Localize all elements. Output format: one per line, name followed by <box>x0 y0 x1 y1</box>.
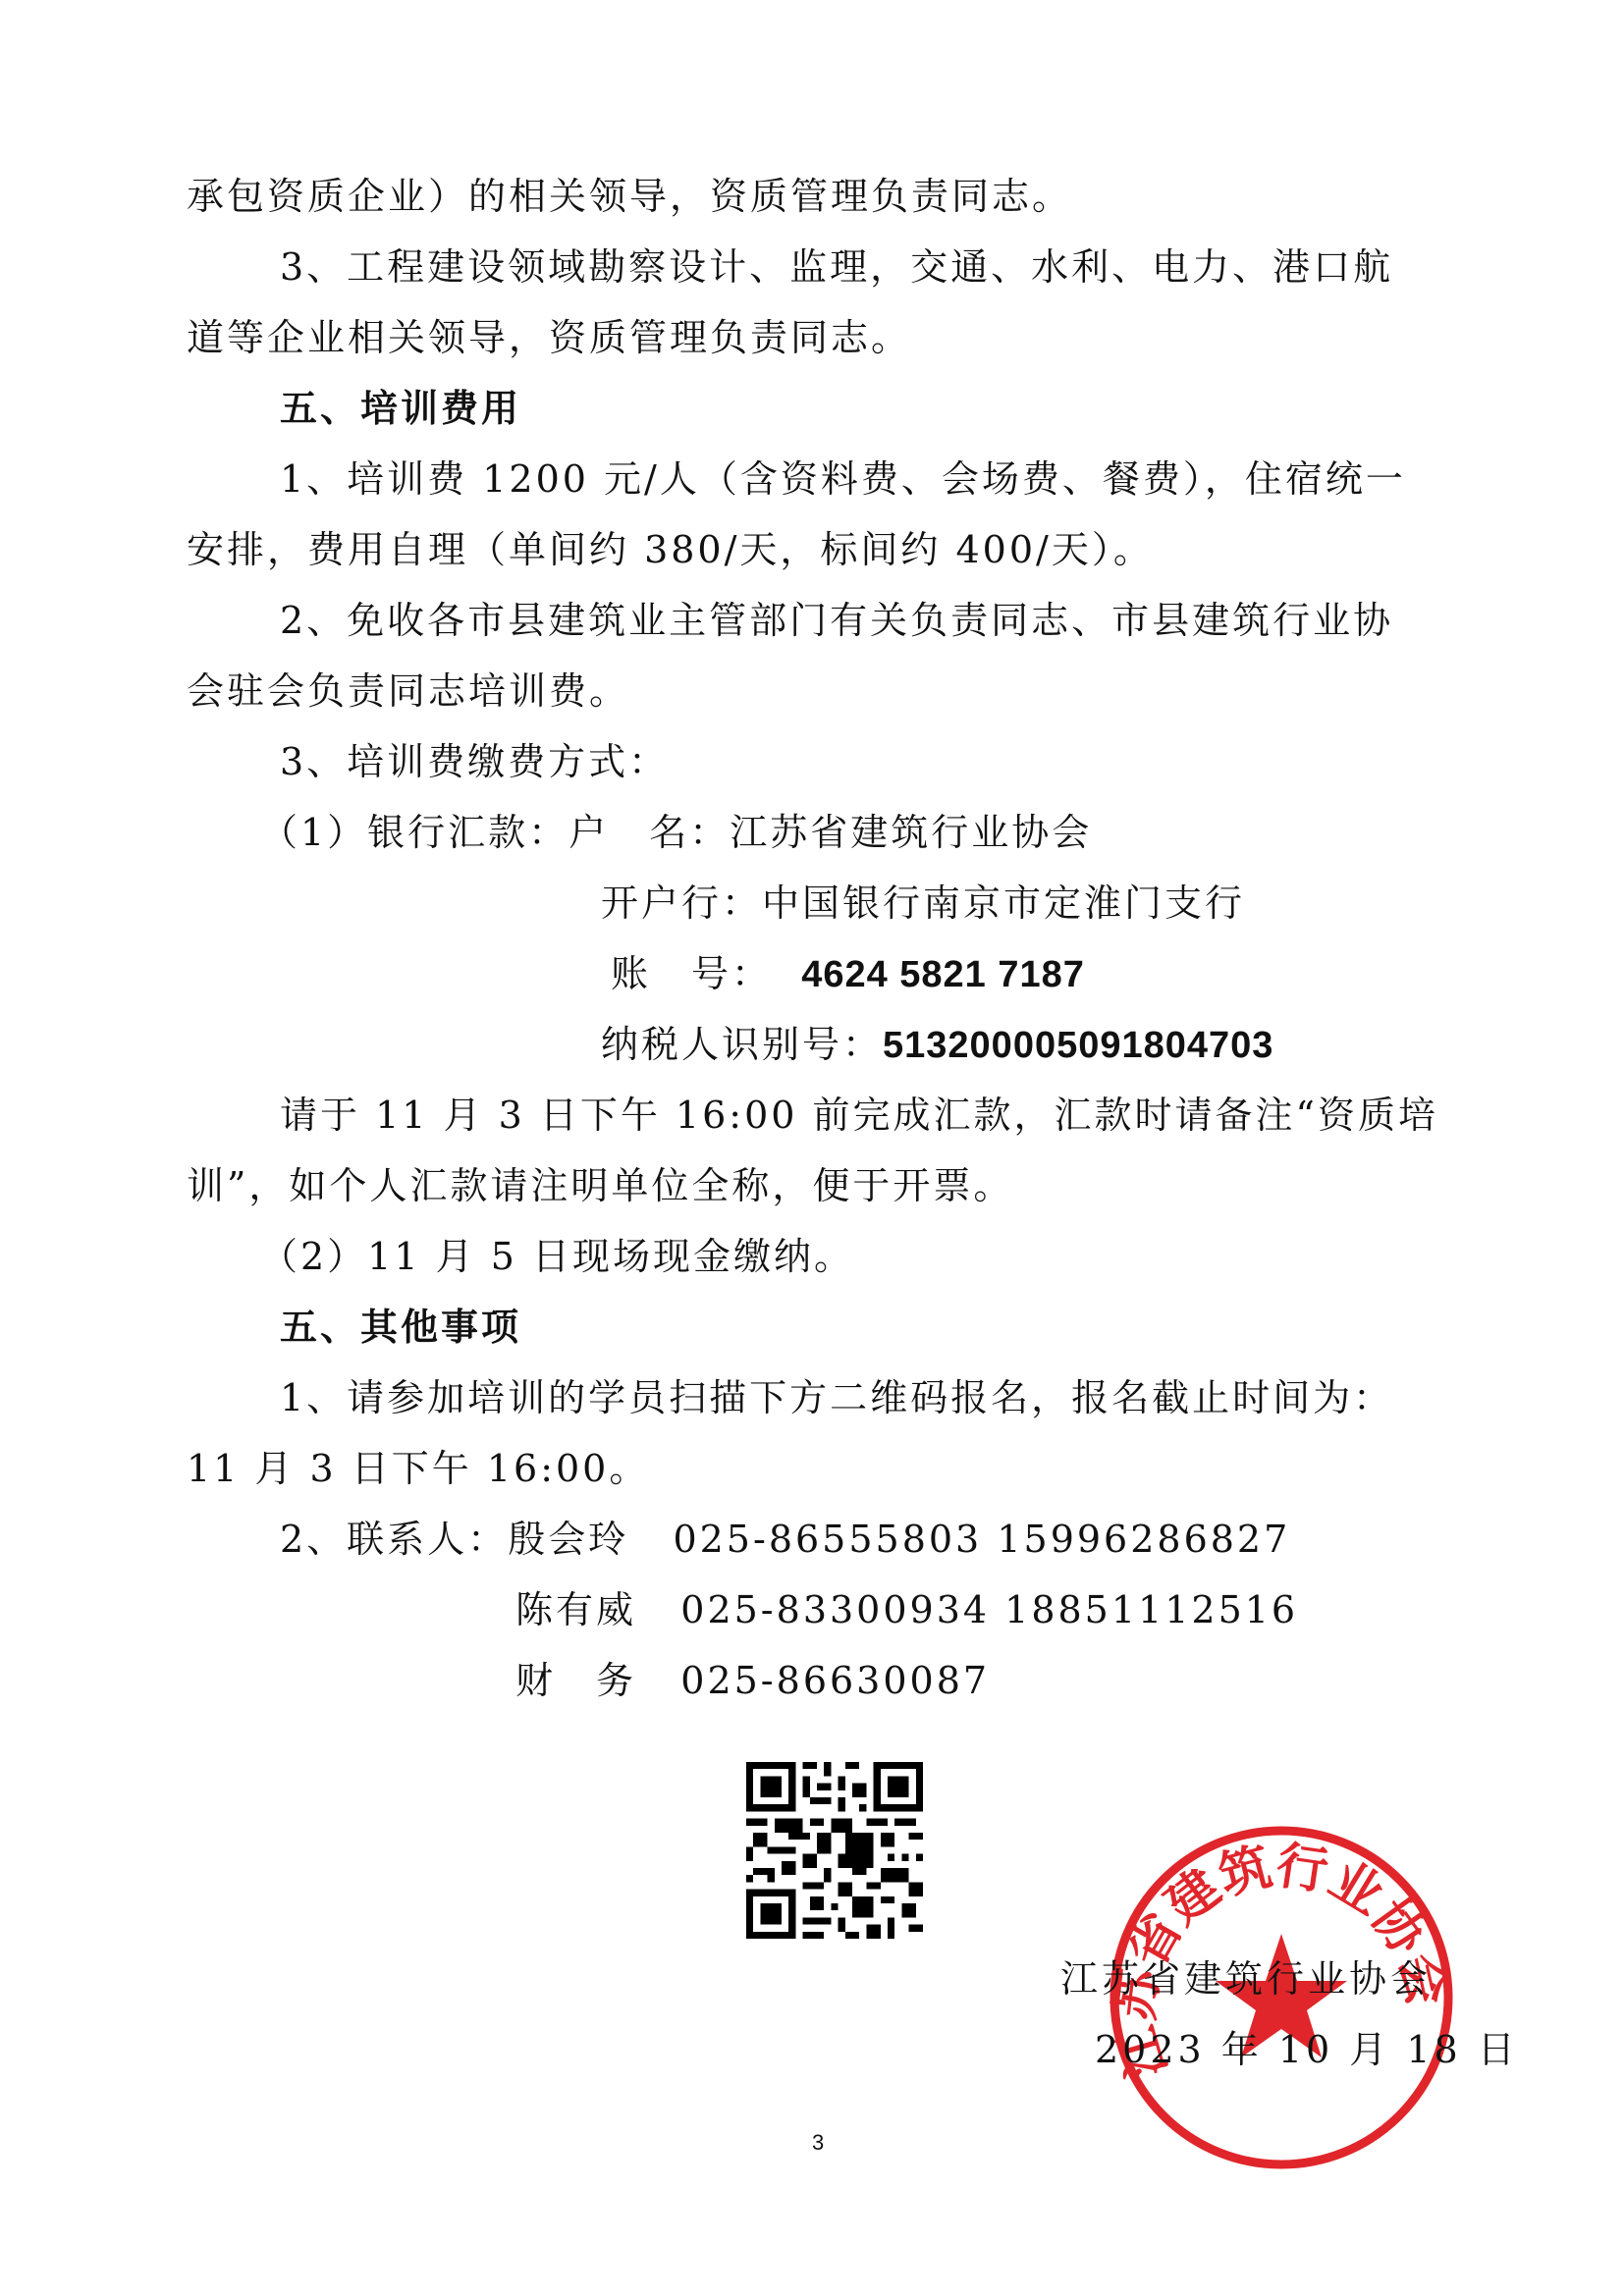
contact-row: 财 务 025-86630087 <box>515 1657 990 1704</box>
contact-phone: 025-86630087 <box>680 1659 990 1702</box>
contact-row: 陈有威 025-83300934 18851112516 <box>515 1586 1298 1633</box>
text-line: 1、请参加培训的学员扫描下方二维码报名，报名截止时间为： <box>280 1374 1393 1421</box>
signature-date: 2023 年 10 月 18 日 <box>1095 2019 1519 2073</box>
bank-transfer-label: （1）银行汇款：户 名：江苏省建筑行业协会 <box>260 809 1092 856</box>
contact-phone: 025-86555803 <box>673 1518 982 1561</box>
contact-mobile: 15996286827 <box>997 1518 1290 1561</box>
account-number-row: 账 号： 4624 5821 7187 <box>611 950 1085 998</box>
account-number-value: 4624 5821 7187 <box>801 954 1085 995</box>
text-line: 3、培训费缴费方式： <box>280 738 669 785</box>
contact-phone: 025-83300934 <box>680 1588 990 1631</box>
text-line: 11 月 3 日下午 16:00。 <box>187 1445 649 1492</box>
text-line: 道等企业相关领导，资质管理负责同志。 <box>187 314 911 361</box>
contact-row: 2、联系人：殷会玲 025-86555803 15996286827 <box>280 1516 1290 1563</box>
document-page: 承包资质企业）的相关领导，资质管理负责同志。 3、工程建设领域勘察设计、监理，交… <box>0 0 1624 2296</box>
contact-mobile: 18851112516 <box>1004 1588 1298 1631</box>
account-name-value: 江苏省建筑行业协会 <box>730 811 1092 854</box>
tax-id-label: 纳税人识别号： <box>601 1023 883 1066</box>
tax-id-row: 纳税人识别号：513200005091804703 <box>601 1021 1273 1069</box>
text-line: 会驻会负责同志培训费。 <box>187 667 629 715</box>
contact-name: 财 务 <box>515 1659 636 1702</box>
bank-branch-value: 中国银行南京市定淮门支行 <box>762 881 1245 925</box>
text-line: 3、工程建设领域勘察设计、监理，交通、水利、电力、港口航 <box>280 243 1393 291</box>
bank-branch-label: 开户行： <box>601 881 762 925</box>
account-number-label: 账 号： <box>611 952 772 995</box>
registration-qr-code[interactable] <box>746 1762 923 1939</box>
bank-transfer-prefix: （1）银行汇款： <box>260 811 568 854</box>
tax-id-value: 513200005091804703 <box>883 1025 1273 1066</box>
contact-label: 2、联系人： <box>280 1518 508 1561</box>
text-line: 训”，如个人汇款请注明单位全称，便于开票。 <box>187 1162 1013 1209</box>
contact-name: 陈有威 <box>515 1588 636 1631</box>
account-name-label: 户 名： <box>568 811 730 854</box>
text-line: 安排，费用自理（单间约 380/天，标间约 400/天）。 <box>187 526 1154 573</box>
section-heading-fees: 五、培训费用 <box>280 385 521 432</box>
text-line: 2、免收各市县建筑业主管部门有关负责同志、市县建筑行业协 <box>280 597 1393 644</box>
bank-branch-row: 开户行：中国银行南京市定淮门支行 <box>601 880 1245 927</box>
page-number: 3 <box>812 2130 824 2156</box>
text-line: 请于 11 月 3 日下午 16:00 前完成汇款，汇款时请备注“资质培 <box>280 1092 1438 1139</box>
text-line: 承包资质企业）的相关领导，资质管理负责同志。 <box>187 173 1072 220</box>
text-line: 1、培训费 1200 元/人（含资料费、会场费、餐费），住宿统一 <box>280 455 1406 503</box>
contact-name: 殷会玲 <box>508 1518 628 1561</box>
text-line: （2）11 月 5 日现场现金缴纳。 <box>260 1233 854 1280</box>
signature-organization: 江苏省建筑行业协会 <box>1060 1949 1432 2002</box>
section-heading-other: 五、其他事项 <box>280 1304 521 1351</box>
